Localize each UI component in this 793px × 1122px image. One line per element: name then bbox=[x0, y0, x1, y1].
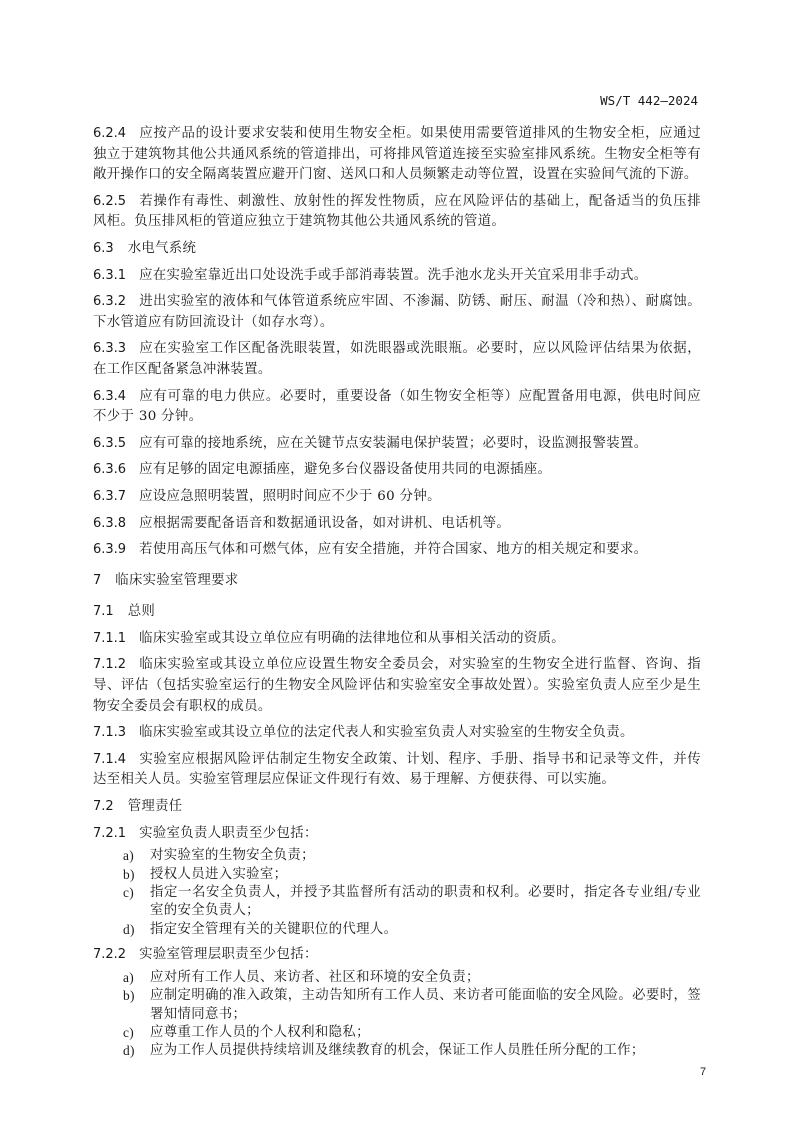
clause-number: 7.1.3 bbox=[93, 725, 126, 740]
section-title: 水电气系统 bbox=[128, 241, 196, 256]
list-item: a)对实验室的生物安全负责； bbox=[93, 847, 701, 865]
clause-text: 应在实验室靠近出口处设洗手或手部消毒装置。洗手池水龙头开关宜采用非手动式。 bbox=[139, 268, 647, 283]
clause-number: 6.2.4 bbox=[93, 126, 126, 141]
clause-6-2-5: 6.2.5若操作有毒性、刺激性、放射性的挥发性物质，应在风险评估的基础上，配备适… bbox=[93, 192, 701, 233]
list-item: d)指定安全管理有关的关键职位的代理人。 bbox=[93, 921, 701, 939]
clause-6-3-7: 6.3.7应设应急照明装置，照明时间应不少于 60 分钟。 bbox=[93, 487, 701, 508]
page-number: 7 bbox=[700, 1066, 706, 1078]
list-item-text: 授权人员进入实验室； bbox=[150, 867, 287, 882]
clause-text: 进出实验室的液体和气体管道系统应牢固、不渗漏、防锈、耐压、耐温（冷和热）、耐腐蚀… bbox=[93, 294, 701, 330]
clause-number: 7.1.1 bbox=[93, 631, 126, 646]
document-page: WS/T 442—2024 6.2.4应按产品的设计要求安装和使用生物安全柜。如… bbox=[0, 0, 793, 1122]
section-heading-7-2: 7.2管理责任 bbox=[93, 797, 701, 818]
chapter-heading-7: 7临床实验室管理要求 bbox=[93, 571, 701, 592]
section-heading-6-3: 6.3水电气系统 bbox=[93, 239, 701, 260]
list-item-text: 应为工作人员提供持续培训及继续教育的机会，保证工作人员胜任所分配的工作； bbox=[150, 1043, 645, 1058]
list-item-text: 应尊重工作人员的个人权利和隐私； bbox=[150, 1025, 370, 1040]
list-item-text: 对实验室的生物安全负责； bbox=[150, 848, 315, 863]
list-marker: d) bbox=[123, 1042, 135, 1060]
clause-number: 7.2.2 bbox=[93, 947, 126, 962]
clause-text: 应设应急照明装置，照明时间应不少于 60 分钟。 bbox=[139, 489, 441, 504]
list-marker: a) bbox=[123, 969, 134, 987]
clause-text: 应有可靠的接地系统，应在关键节点安装漏电保护装置；必要时，设监测报警装置。 bbox=[139, 436, 647, 451]
clause-number: 6.3.9 bbox=[93, 542, 126, 557]
list-item: d)应为工作人员提供持续培训及继续教育的机会，保证工作人员胜任所分配的工作； bbox=[93, 1042, 701, 1060]
clause-number: 6.3.2 bbox=[93, 294, 126, 309]
list-item-text: 应制定明确的准入政策，主动告知所有工作人员、来访者可能面临的安全风险。必要时，签… bbox=[150, 988, 701, 1021]
list-marker: b) bbox=[123, 866, 135, 884]
clause-text: 临床实验室或其设立单位的法定代表人和实验室负责人对实验室的生物安全负责。 bbox=[139, 725, 634, 740]
clause-number: 6.3.4 bbox=[93, 389, 126, 404]
clause-text: 应按产品的设计要求安装和使用生物安全柜。如果使用需要管道排风的生物安全柜，应通过… bbox=[93, 126, 701, 182]
section-number: 7.1 bbox=[93, 604, 114, 619]
clause-number: 6.3.3 bbox=[93, 341, 126, 356]
list-marker: a) bbox=[123, 847, 134, 865]
list-item: b)应制定明确的准入政策，主动告知所有工作人员、来访者可能面临的安全风险。必要时… bbox=[93, 987, 701, 1024]
clause-number: 6.2.5 bbox=[93, 194, 126, 209]
clause-6-3-5: 6.3.5应有可靠的接地系统，应在关键节点安装漏电保护装置；必要时，设监测报警装… bbox=[93, 434, 701, 455]
list-item-text: 指定安全管理有关的关键职位的代理人。 bbox=[150, 922, 397, 937]
list-marker: c) bbox=[123, 1024, 134, 1042]
section-title: 总则 bbox=[128, 604, 155, 619]
clause-text: 实验室负责人职责至少包括： bbox=[139, 826, 318, 841]
clause-number: 7.2.1 bbox=[93, 826, 126, 841]
clause-6-3-9: 6.3.9若使用高压气体和可燃气体，应有安全措施，并符合国家、地方的相关规定和要… bbox=[93, 540, 701, 561]
list-item: a)应对所有工作人员、来访者、社区和环境的安全负责； bbox=[93, 969, 701, 987]
list-item-text: 指定一名安全负责人，并授予其监督所有活动的职责和权利。必要时，指定各专业组/专业… bbox=[150, 885, 701, 918]
section-number: 6.3 bbox=[93, 241, 114, 256]
clause-number: 6.3.6 bbox=[93, 462, 126, 477]
clause-number: 6.3.8 bbox=[93, 516, 126, 531]
list-marker: c) bbox=[123, 884, 134, 902]
clause-6-2-4: 6.2.4应按产品的设计要求安装和使用生物安全柜。如果使用需要管道排风的生物安全… bbox=[93, 124, 701, 186]
clause-7-2-2-list: a)应对所有工作人员、来访者、社区和环境的安全负责； b)应制定明确的准入政策，… bbox=[93, 969, 701, 1061]
list-item-text: 应对所有工作人员、来访者、社区和环境的安全负责； bbox=[150, 970, 480, 985]
clause-number: 7.1.4 bbox=[93, 752, 126, 767]
clause-number: 6.3.1 bbox=[93, 268, 126, 283]
document-body: 6.2.4应按产品的设计要求安装和使用生物安全柜。如果使用需要管道排风的生物安全… bbox=[93, 124, 701, 1067]
clause-7-2-2: 7.2.2实验室管理层职责至少包括： bbox=[93, 945, 701, 966]
clause-7-1-4: 7.1.4实验室应根据风险评估制定生物安全政策、计划、程序、手册、指导书和记录等… bbox=[93, 750, 701, 791]
clause-text: 应根据需要配备语音和数据通讯设备，如对讲机、电话机等。 bbox=[139, 516, 510, 531]
list-item: c)指定一名安全负责人，并授予其监督所有活动的职责和权利。必要时，指定各专业组/… bbox=[93, 884, 701, 921]
clause-number: 6.3.5 bbox=[93, 436, 126, 451]
clause-7-1-2: 7.1.2临床实验室或其设立单位应设置生物安全委员会，对实验室的生物安全进行监督… bbox=[93, 655, 701, 717]
clause-number: 7.1.2 bbox=[93, 657, 126, 672]
standard-code: WS/T 442—2024 bbox=[600, 93, 698, 108]
section-number: 7.2 bbox=[93, 799, 114, 814]
chapter-number: 7 bbox=[93, 573, 101, 588]
list-marker: b) bbox=[123, 987, 135, 1005]
clause-text: 应有可靠的电力供应。必要时，重要设备（如生物安全柜等）应配置备用电源，供电时间应… bbox=[93, 389, 701, 425]
clause-6-3-3: 6.3.3应在实验室工作区配备洗眼装置，如洗眼器或洗眼瓶。必要时，应以风险评估结… bbox=[93, 339, 701, 380]
clause-text: 若使用高压气体和可燃气体，应有安全措施，并符合国家、地方的相关规定和要求。 bbox=[139, 542, 647, 557]
list-item: c)应尊重工作人员的个人权利和隐私； bbox=[93, 1024, 701, 1042]
chapter-title: 临床实验室管理要求 bbox=[115, 573, 238, 588]
clause-6-3-1: 6.3.1应在实验室靠近出口处设洗手或手部消毒装置。洗手池水龙头开关宜采用非手动… bbox=[93, 266, 701, 287]
section-title: 管理责任 bbox=[128, 799, 183, 814]
section-heading-7-1: 7.1总则 bbox=[93, 602, 701, 623]
clause-7-2-1-list: a)对实验室的生物安全负责； b)授权人员进入实验室； c)指定一名安全负责人，… bbox=[93, 847, 701, 939]
clause-text: 临床实验室或其设立单位应设置生物安全委员会，对实验室的生物安全进行监督、咨询、指… bbox=[93, 657, 701, 713]
clause-6-3-8: 6.3.8应根据需要配备语音和数据通讯设备，如对讲机、电话机等。 bbox=[93, 514, 701, 535]
clause-text: 实验室管理层职责至少包括： bbox=[139, 947, 318, 962]
clause-text: 应在实验室工作区配备洗眼装置，如洗眼器或洗眼瓶。必要时，应以风险评估结果为依据，… bbox=[93, 341, 701, 377]
clause-6-3-4: 6.3.4应有可靠的电力供应。必要时，重要设备（如生物安全柜等）应配置备用电源，… bbox=[93, 387, 701, 428]
clause-text: 应有足够的固定电源插座，避免多台仪器设备使用共同的电源插座。 bbox=[139, 462, 551, 477]
clause-text: 临床实验室或其设立单位应有明确的法律地位和从事相关活动的资质。 bbox=[139, 631, 565, 646]
clause-6-3-6: 6.3.6应有足够的固定电源插座，避免多台仪器设备使用共同的电源插座。 bbox=[93, 460, 701, 481]
list-item: b)授权人员进入实验室； bbox=[93, 866, 701, 884]
clause-7-1-1: 7.1.1临床实验室或其设立单位应有明确的法律地位和从事相关活动的资质。 bbox=[93, 629, 701, 650]
clause-number: 6.3.7 bbox=[93, 489, 126, 504]
clause-7-2-1: 7.2.1实验室负责人职责至少包括： bbox=[93, 824, 701, 845]
clause-7-1-3: 7.1.3临床实验室或其设立单位的法定代表人和实验室负责人对实验室的生物安全负责… bbox=[93, 723, 701, 744]
list-marker: d) bbox=[123, 921, 135, 939]
clause-text: 若操作有毒性、刺激性、放射性的挥发性物质，应在风险评估的基础上，配备适当的负压排… bbox=[93, 194, 701, 230]
clause-6-3-2: 6.3.2进出实验室的液体和气体管道系统应牢固、不渗漏、防锈、耐压、耐温（冷和热… bbox=[93, 292, 701, 333]
clause-text: 实验室应根据风险评估制定生物安全政策、计划、程序、手册、指导书和记录等文件，并传… bbox=[93, 752, 701, 788]
